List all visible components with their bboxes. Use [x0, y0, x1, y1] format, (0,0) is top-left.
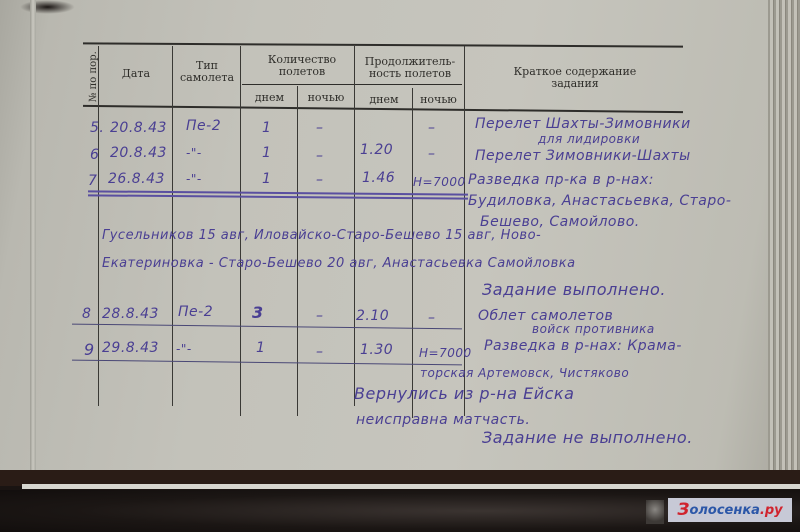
- row-9-task-5: неисправна матчасть.: [356, 412, 530, 428]
- header-task: Краткое содержание задания: [500, 66, 650, 90]
- header-sorties-day: днем: [242, 92, 297, 104]
- row-5-aircraft: Пе-2: [186, 118, 221, 134]
- watermark-logo: З олосeнка .ру: [668, 498, 792, 522]
- header-duration-day: днем: [356, 94, 412, 106]
- row-7-date: 26.8.43: [108, 171, 165, 187]
- row-6-sorties-night: –: [316, 148, 324, 164]
- page-stack-edge: [22, 484, 800, 489]
- row-7-task-1: Разведка пр-ка в р-нах:: [468, 172, 654, 188]
- row-9-task-3: торская Артемовск, Чистяково: [420, 366, 629, 380]
- row-7-task-6: Задание выполнено.: [482, 280, 666, 299]
- watermark-suffix: .ру: [760, 503, 783, 518]
- row-6-task-1: Перелет Зимовники-Шахты: [475, 148, 691, 164]
- header-bottom-rule: [83, 105, 683, 113]
- header-duration: Продолжитель-ность полетов: [356, 56, 464, 80]
- col-line: [412, 88, 413, 418]
- row-9-task-6: Задание не выполнено.: [482, 428, 693, 447]
- row-7-aircraft: -"-: [186, 172, 202, 186]
- watermark-name: олосeнка: [689, 503, 759, 518]
- header-sorties: Количество полетов: [250, 54, 354, 78]
- spine-shadow: [20, 0, 75, 14]
- logbook-page: № по пор. Дата Тип самолета Количество п…: [0, 0, 800, 482]
- col-line: [297, 86, 298, 416]
- row-9-no: 9: [84, 340, 95, 359]
- row-6-duration-day: 1.20: [360, 142, 393, 158]
- subheader-rule: [242, 84, 462, 85]
- row-7-task-5: Екатериновка - Старо-Бешево 20 авг, Анас…: [102, 256, 576, 271]
- row-5-sorties-night: –: [316, 120, 324, 136]
- row-9-aircraft: -"-: [176, 342, 192, 356]
- row-9-sorties-night: –: [316, 344, 324, 360]
- row-9-sorties-day: 1: [256, 340, 265, 356]
- row-9-task-2: Разведка в р-нах: Крама-: [484, 338, 682, 354]
- col-line: [172, 46, 173, 406]
- row-8-duration-day: 2.10: [356, 308, 389, 324]
- col-line: [354, 46, 355, 406]
- header-no: № по пор.: [88, 51, 99, 102]
- row-7-task-4: Гусельников 15 авг, Иловайско-Старо-Беше…: [102, 228, 541, 243]
- row-8-sorties-day: 3: [252, 303, 264, 322]
- header-date: Дата: [100, 68, 172, 80]
- row-9-task-1: войск противника: [532, 322, 655, 336]
- row-7-sorties-night: –: [316, 172, 324, 188]
- row-5-duration-night: –: [428, 120, 436, 136]
- row-8-rule: [72, 324, 462, 330]
- row-7-no: 7: [88, 173, 97, 189]
- row-5-no: 5.: [90, 120, 104, 136]
- row-6-no: 6: [90, 147, 99, 163]
- row-8-no: 8: [82, 306, 91, 322]
- row-9-date: 29.8.43: [102, 340, 159, 356]
- row-8-date: 28.8.43: [102, 306, 159, 322]
- page-edges: [768, 0, 800, 482]
- watermark-thumbnail: [646, 500, 664, 524]
- header-aircraft: Тип самолета: [174, 60, 240, 84]
- row-9-duration-day: 1.30: [360, 342, 393, 358]
- row-5-sorties-day: 1: [262, 120, 271, 136]
- row-7-duration-day: 1.46: [362, 170, 395, 186]
- row-9-altitude: H=7000: [419, 346, 472, 360]
- page-fold: [30, 0, 36, 482]
- header-duration-night: ночью: [413, 94, 464, 106]
- row-8-duration-night: –: [428, 310, 436, 326]
- row-9-task-4: Вернулись из р-на Ейска: [354, 384, 574, 403]
- row-6-sorties-day: 1: [262, 145, 271, 161]
- row-7-task-2: Будиловка, Анастасьевка, Старо-: [468, 193, 731, 209]
- row-5-task-1: Перелет Шахты-Зимовники: [475, 116, 691, 132]
- row-5-task-2: для лидировки: [538, 132, 640, 146]
- header-sorties-night: ночью: [298, 92, 354, 104]
- row-6-aircraft: -"-: [186, 146, 202, 160]
- watermark-prefix: З: [677, 500, 689, 520]
- row-6-date: 20.8.43: [110, 145, 167, 161]
- row-8-aircraft: Пе-2: [178, 304, 213, 320]
- row-9-rule: [72, 360, 462, 366]
- row-5-date: 20.8.43: [110, 120, 167, 136]
- row-8-sorties-night: –: [316, 308, 324, 324]
- row-6-duration-night: –: [428, 146, 436, 162]
- row-7-sorties-day: 1: [262, 171, 271, 187]
- row-7-altitude: H=7000: [413, 175, 466, 189]
